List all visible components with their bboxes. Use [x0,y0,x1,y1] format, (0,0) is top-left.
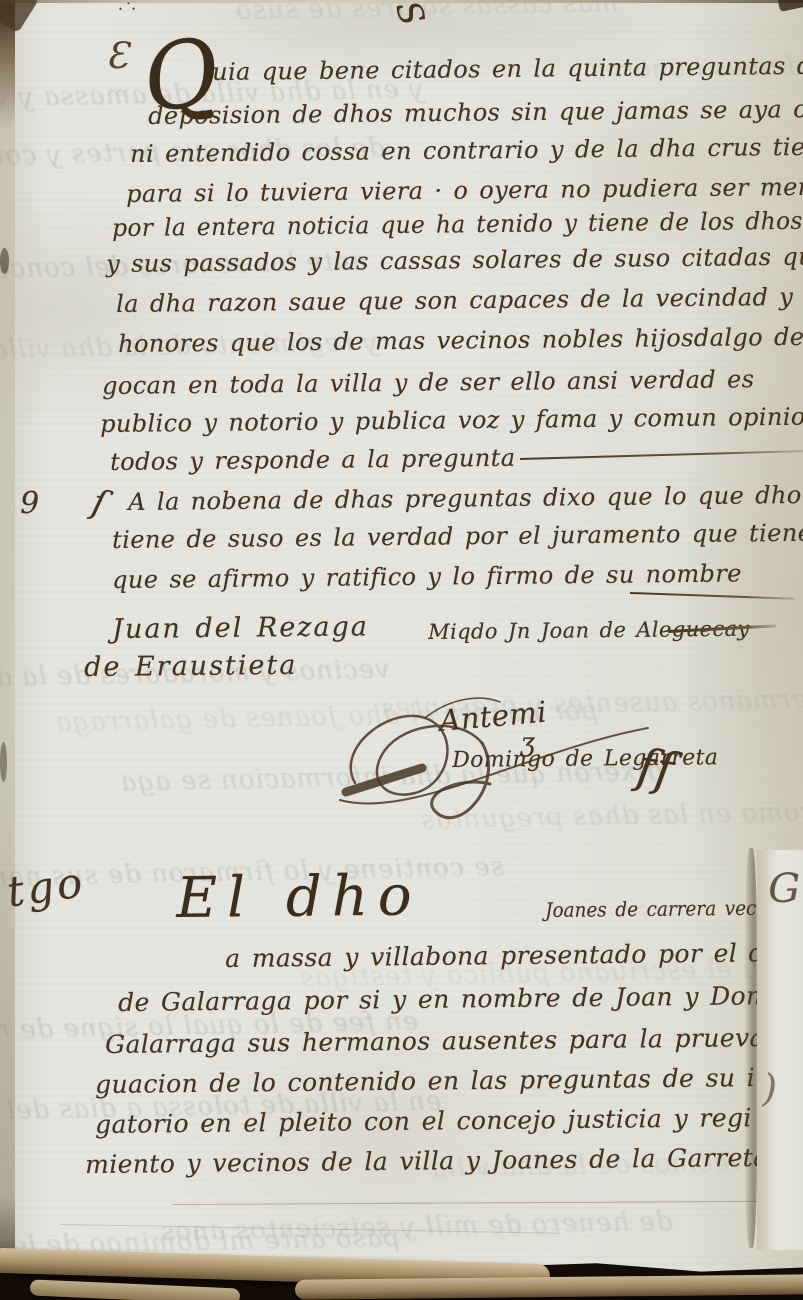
notary-flourish-stroke [330,688,660,838]
end-of-answer-rule [630,592,795,600]
page-corner-shadow [777,0,803,12]
margin-testigo-note: tgo [4,857,88,916]
manuscript-line: a massa y villabona presentado por el dh… [225,937,803,973]
manuscript-line: uia que bene citados en la quinta pregun… [212,50,803,86]
drop-words: El dho [176,863,422,931]
edge-tear-mark [0,742,7,782]
witness-signature: Juan del Rezaga [112,611,369,645]
paper-crease [172,1201,790,1205]
manuscript-line: guacion de lo contenido en las preguntas… [95,1062,803,1099]
paragraph-mark: ſ [88,482,110,524]
next-page-glyph: G [768,866,801,912]
page-fold-shadow [744,848,758,1248]
witness-signature: de Eraustieta [84,650,298,683]
margin-question-number: 9 [20,486,40,521]
ink-spatter-dots: ·˙· [118,0,136,18]
manuscript-line: todos y responde a la pregunta [110,444,516,476]
next-page-glyph: ) [762,1066,778,1110]
manuscript-line: que se afirmo y ratifico y lo firmo de s… [112,559,742,594]
manuscript-line: la dha razon saue que son capaces de la … [116,282,803,318]
manuscript-line: gatorio en el pleito con el concejo just… [95,1103,752,1139]
manuscript-line: y sus passados y las cassas solares de s… [106,242,803,278]
manuscript-line: publico y notorio y publica voz y fama y… [100,402,803,438]
manuscript-line: para si lo tuviera viera · o oyera no pu… [126,173,803,208]
manuscript-line: de Galarraga por si y en nombre de Joan … [118,980,803,1017]
manuscript-page-scan: y en la dha villa de amassa y villabona … [0,0,803,1300]
manuscript-line: honores que los de mas vecinos nobles hi… [118,322,803,358]
manuscript-line: A la nobena de dhas preguntas dixo que l… [128,481,802,516]
manuscript-line: gocan en toda la villa y de ser ello ans… [102,365,755,400]
end-of-answer-rule [520,450,803,460]
binding-edge [0,0,15,1300]
manuscript-line: tiene de suso es la verdad por el jurame… [112,518,803,554]
edge-tear-mark [0,248,9,274]
manuscript-line: por la entera noticia que ha tenido y ti… [112,205,803,242]
initial-flourish: Ɛ [106,36,129,77]
